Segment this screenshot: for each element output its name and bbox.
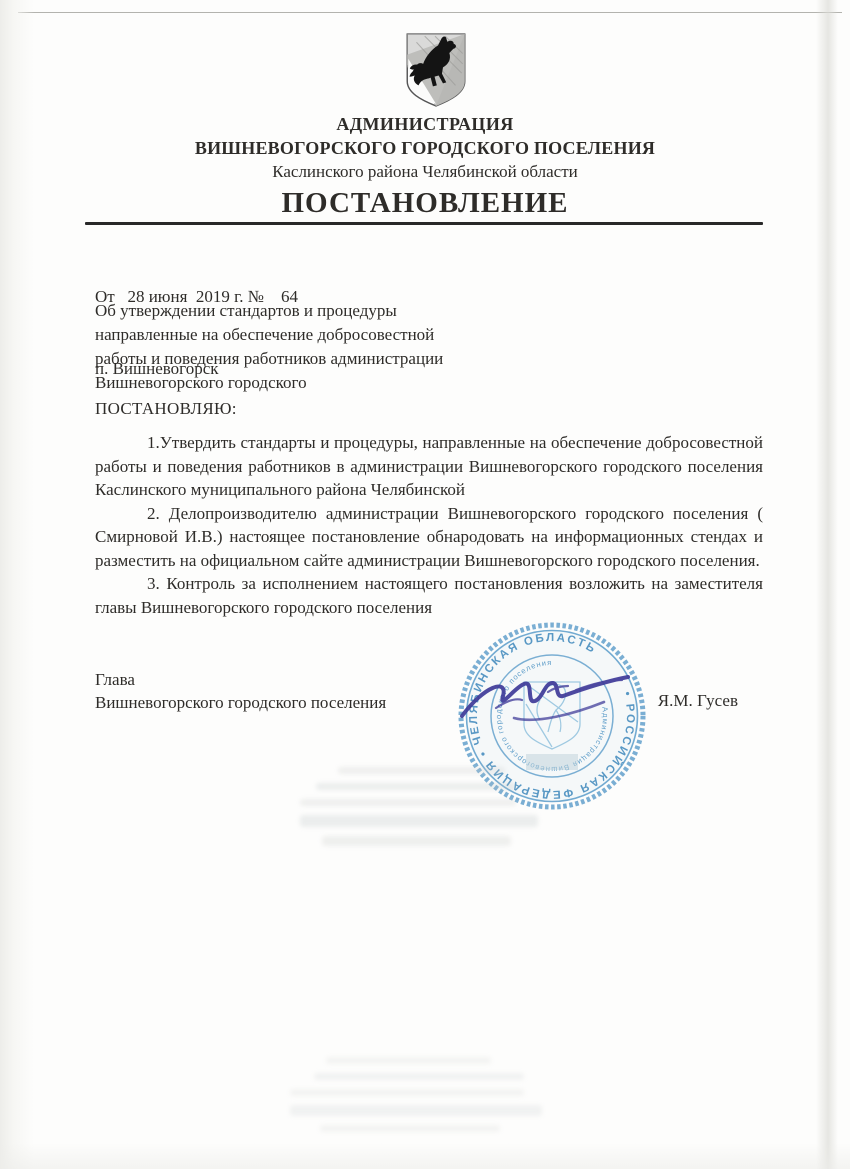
subject-line: работы и поведения работников администра… [95,347,495,371]
bleed-through-smudge [290,1048,590,1141]
scan-bottom-haze [0,1143,850,1169]
letterhead: АДМИНИСТРАЦИЯ ВИШНЕВОГОРСКОГО ГОРОДСКОГО… [0,113,850,222]
signer-title: Глава Вишневогорского городского поселен… [95,668,386,714]
scan-edge-line [18,12,842,13]
subject-block: Об утверждении стандартов и процедуры на… [95,299,495,395]
body-paragraphs: 1.Утвердить стандарты и процедуры, напра… [95,431,763,619]
document-type-title: ПОСТАНОВЛЕНИЕ [0,184,850,222]
paragraph-3: 3. Контроль за исполнением настоящего по… [95,572,763,619]
scanned-document-page: АДМИНИСТРАЦИЯ ВИШНЕВОГОРСКОГО ГОРОДСКОГО… [0,0,850,1169]
horse-shield-emblem-icon [404,32,468,108]
org-name-line2: ВИШНЕВОГОРСКОГО ГОРОДСКОГО ПОСЕЛЕНИЯ [0,137,850,161]
signer-name: Я.М. Гусев [658,689,738,712]
signer-title-line1: Глава [95,668,386,691]
subject-line: Вишневогорского городского [95,371,495,395]
org-region-line: Каслинского района Челябинской области [0,161,850,183]
header-divider-rule [85,222,763,225]
resolve-word: ПОСТАНОВЛЯЮ: [95,399,237,419]
subject-line: Об утверждении стандартов и процедуры [95,299,495,323]
org-name-line1: АДМИНИСТРАЦИЯ [0,113,850,137]
paragraph-1: 1.Утвердить стандарты и процедуры, напра… [95,431,763,502]
signer-title-line2: Вишневогорского городского поселения [95,691,386,714]
paragraph-2: 2. Делопроизводителю администрации Вишне… [95,502,763,573]
subject-line: направленные на обеспечение добросовестн… [95,323,495,347]
bleed-through-smudge [300,758,570,855]
signature-block: Глава Вишневогорского городского поселен… [95,668,763,714]
